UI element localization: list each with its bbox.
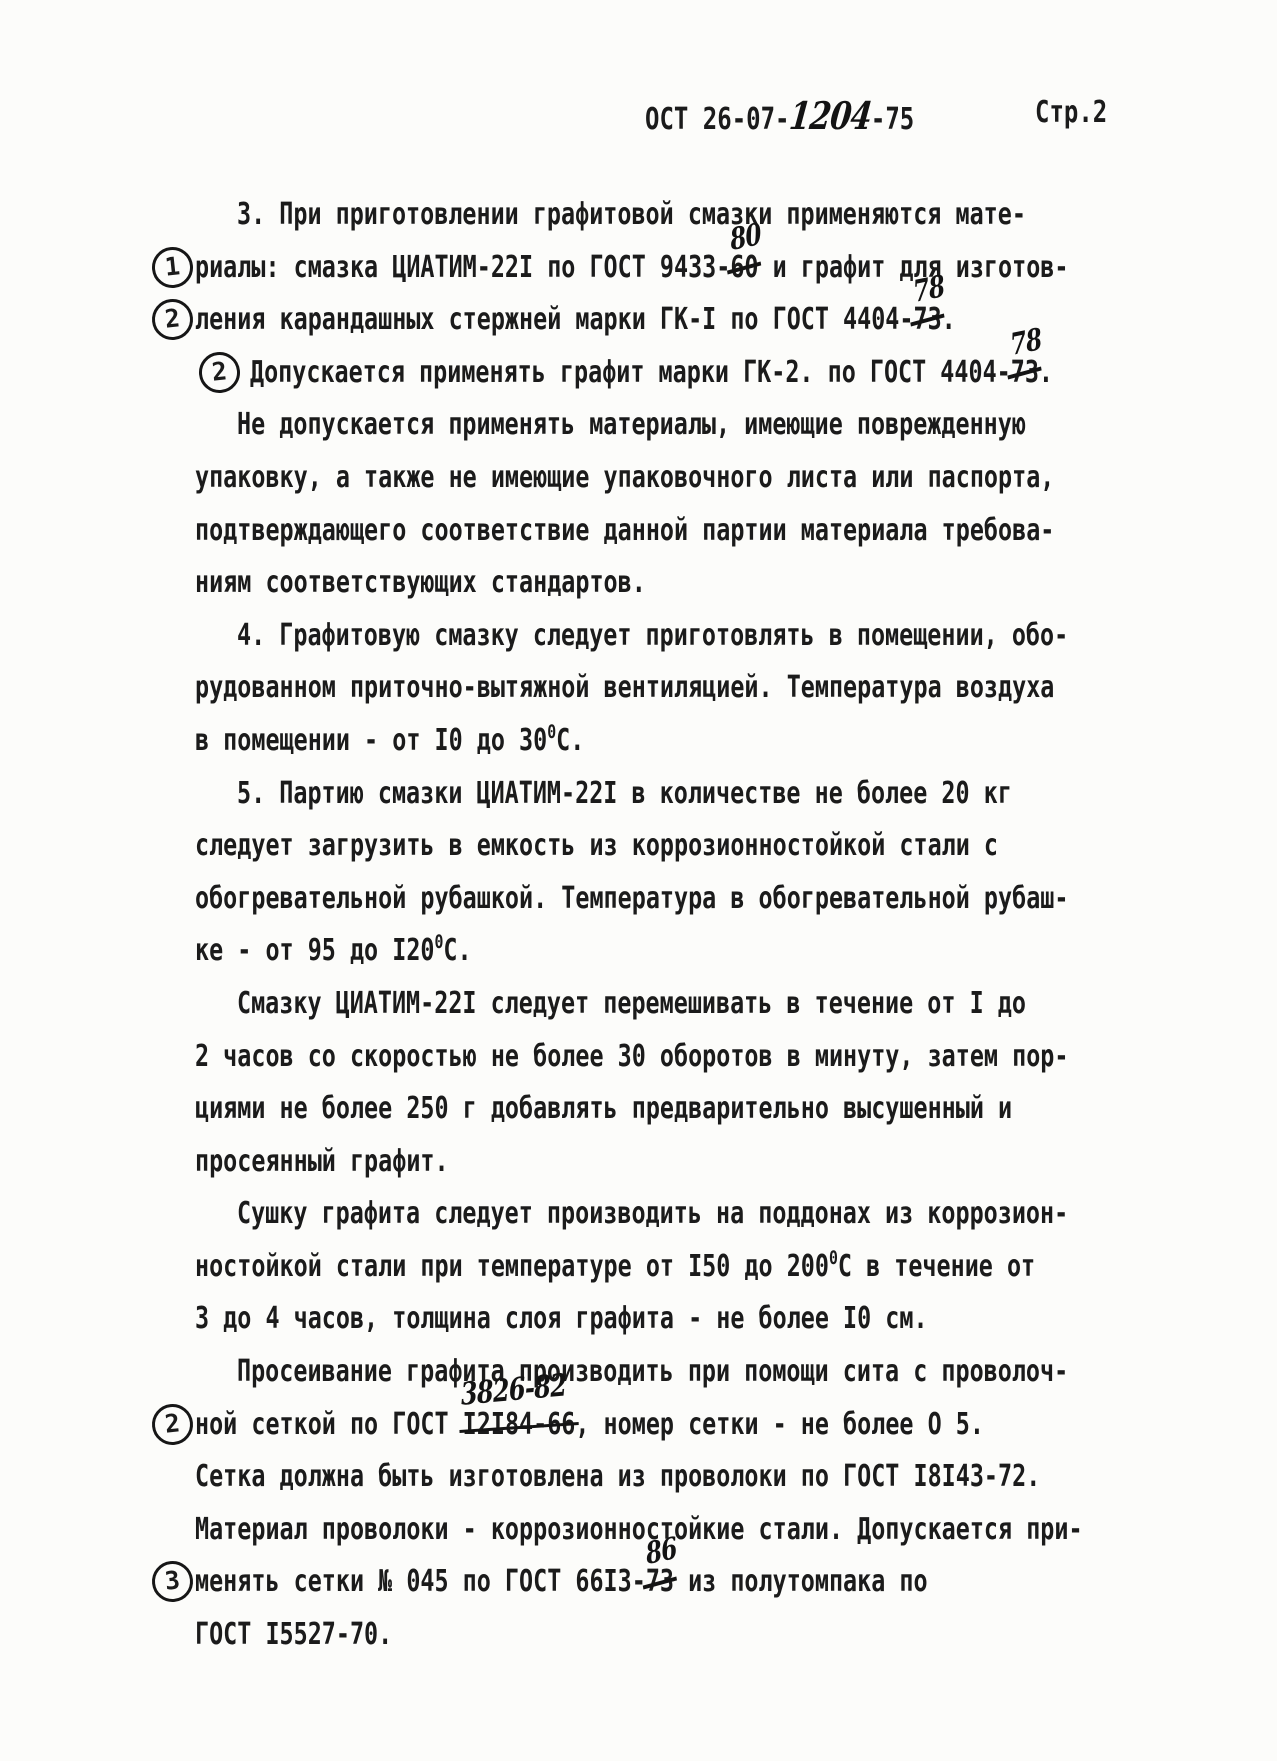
text-run: Смазку ЦИАТИМ-22I следует перемешивать в… xyxy=(237,986,1026,1021)
text-run: Сушку графита следует производить на под… xyxy=(237,1196,1068,1231)
doc-line: ке - от 95 до I200С. xyxy=(195,925,1095,978)
line-text: 2 часов со скоростью не более 30 оборото… xyxy=(195,1031,1068,1084)
text-run: С. xyxy=(556,723,584,758)
doc-line: просеянный графит. xyxy=(195,1136,1095,1189)
doc-line: подтверждающего соответствие данной парт… xyxy=(195,505,1095,558)
standard-designation: ОСТ 26-07-1204-75 xyxy=(645,93,914,138)
line-text: ниям соответствующих стандартов. xyxy=(195,557,646,610)
doc-line: обогревательной рубашкой. Температура в … xyxy=(195,873,1095,926)
margin-marker-circled-2: 2 xyxy=(150,297,195,342)
text-run: ления карандашных стержней марки ГК-I по… xyxy=(195,302,913,337)
superscript: 0 xyxy=(547,721,556,743)
line-text: подтверждающего соответствие данной парт… xyxy=(195,505,1054,558)
doc-line: 3 до 4 часов, толщина слоя графита - не … xyxy=(195,1293,1095,1346)
corrected-reference: 7386 xyxy=(646,1556,674,1609)
handwritten-annotation: 80 xyxy=(727,209,764,267)
line-text: ностойкой стали при температуре от I50 д… xyxy=(195,1241,1035,1297)
doc-line: ГОСТ I5527-70. xyxy=(195,1609,1095,1662)
line-text: Сушку графита следует производить на под… xyxy=(237,1188,1068,1241)
text-run: Сетка должна быть изготовлена из проволо… xyxy=(195,1459,1040,1494)
line-text: Материал проволоки - коррозионностойкие … xyxy=(195,1504,1083,1557)
text-run: ностойкой стали при температуре от I50 д… xyxy=(195,1249,829,1284)
text-run: Допускается применять графит марки ГК-2.… xyxy=(250,355,1011,390)
text-run: С в течение от xyxy=(838,1249,1035,1284)
text-run: С. xyxy=(443,933,471,968)
text-run: риалы: смазка ЦИАТИМ-22I по ГОСТ 9433- xyxy=(195,250,730,285)
line-text: ления карандашных стержней марки ГК-I по… xyxy=(195,294,956,347)
standard-prefix: ОСТ 26-07- xyxy=(645,102,790,137)
corrected-reference: 7378 xyxy=(913,294,941,347)
text-run: из полутомпака по xyxy=(674,1564,928,1599)
text-run: Материал проволоки - коррозионностойкие … xyxy=(195,1512,1083,1547)
text-run: ной сеткой по ГОСТ xyxy=(195,1407,463,1442)
text-run: циями не более 250 г добавлять предварит… xyxy=(195,1091,1012,1126)
text-run: менять сетки № 045 по ГОСТ 66I3- xyxy=(195,1564,646,1599)
doc-line: рудованном приточно-вытяжной вентиляцией… xyxy=(195,662,1095,715)
handwritten-annotation: 3826-82 xyxy=(460,1359,568,1421)
doc-line: Просеивание графита производить при помо… xyxy=(195,1346,1095,1399)
line-text: следует загрузить в емкость из коррозион… xyxy=(195,820,998,873)
text-run: Не допускается применять материалы, имею… xyxy=(237,407,1026,442)
scanned-document-page: ОСТ 26-07-1204-75 Стр.2 3. При приготовл… xyxy=(0,0,1277,1761)
doc-line: 2ления карандашных стержней марки ГК-I п… xyxy=(195,294,1095,347)
doc-line: Сетка должна быть изготовлена из проволо… xyxy=(195,1451,1095,1504)
line-text: 3. При приготовлении графитовой смазки п… xyxy=(237,189,1026,242)
text-run: подтверждающего соответствие данной парт… xyxy=(195,513,1054,548)
text-run: , номер сетки - не более О 5. xyxy=(575,1407,984,1442)
line-text: рудованном приточно-вытяжной вентиляцией… xyxy=(195,662,1054,715)
line-text: ГОСТ I5527-70. xyxy=(195,1609,392,1662)
doc-line: следует загрузить в емкость из коррозион… xyxy=(195,820,1095,873)
margin-marker-circled-2: 2 xyxy=(150,1402,195,1447)
page-number-label: Стр.2 xyxy=(1035,95,1107,130)
line-text: Смазку ЦИАТИМ-22I следует перемешивать в… xyxy=(237,978,1026,1031)
doc-line: 2ной сеткой по ГОСТ I2I84-663826-82, ном… xyxy=(195,1399,1095,1452)
text-run: упаковку, а также не имеющие упаковочног… xyxy=(195,460,1054,495)
doc-line: в помещении - от I0 до 300С. xyxy=(195,715,1095,768)
text-run: 5. Партию смазки ЦИАТИМ-22I в количестве… xyxy=(237,776,1012,811)
text-run: следует загрузить в емкость из коррозион… xyxy=(195,828,998,863)
handwritten-annotation: 86 xyxy=(643,1524,680,1582)
page-header: ОСТ 26-07-1204-75 Стр.2 xyxy=(0,0,1277,160)
handwritten-standard-number: 1204 xyxy=(787,93,873,138)
line-text: в помещении - от I0 до 300С. xyxy=(195,715,584,771)
line-text: просеянный графит. xyxy=(195,1136,449,1189)
doc-line: ностойкой стали при температуре от I50 д… xyxy=(195,1241,1095,1294)
doc-line: Смазку ЦИАТИМ-22I следует перемешивать в… xyxy=(195,978,1095,1031)
doc-line: Сушку графита следует производить на под… xyxy=(195,1188,1095,1241)
text-run: 4. Графитовую смазку следует приготовлят… xyxy=(237,618,1068,653)
doc-line: 2 часов со скоростью не более 30 оборото… xyxy=(195,1031,1095,1084)
text-run: в помещении - от I0 до 30 xyxy=(195,723,547,758)
corrected-reference: 7378 xyxy=(1011,347,1039,400)
text-run: ГОСТ I5527-70. xyxy=(195,1617,392,1652)
line-text: менять сетки № 045 по ГОСТ 66I3-7386 из … xyxy=(195,1556,928,1609)
line-text: Сетка должна быть изготовлена из проволо… xyxy=(195,1451,1040,1504)
doc-line: ниям соответствующих стандартов. xyxy=(195,557,1095,610)
margin-marker-circled-3: 3 xyxy=(150,1559,195,1604)
doc-line: Не допускается применять материалы, имею… xyxy=(195,399,1095,452)
doc-line: 3менять сетки № 045 по ГОСТ 66I3-7386 из… xyxy=(195,1556,1095,1609)
standard-suffix: -75 xyxy=(871,102,914,137)
doc-line: упаковку, а также не имеющие упаковочног… xyxy=(195,452,1095,505)
doc-line: 1риалы: смазка ЦИАТИМ-22I по ГОСТ 9433-6… xyxy=(195,242,1095,295)
line-text: Не допускается применять материалы, имею… xyxy=(237,399,1026,452)
line-text: ной сеткой по ГОСТ I2I84-663826-82, номе… xyxy=(195,1399,984,1452)
text-run: ниям соответствующих стандартов. xyxy=(195,565,646,600)
text-run: 2 часов со скоростью не более 30 оборото… xyxy=(195,1039,1068,1074)
line-text: Допускается применять графит марки ГК-2.… xyxy=(250,347,1053,400)
text-run: рудованном приточно-вытяжной вентиляцией… xyxy=(195,670,1054,705)
doc-line: 5. Партию смазки ЦИАТИМ-22I в количестве… xyxy=(195,768,1095,821)
handwritten-annotation: 78 xyxy=(910,261,947,319)
superscript: 0 xyxy=(434,931,443,953)
text-run: ке - от 95 до I20 xyxy=(195,933,434,968)
text-run: 3 до 4 часов, толщина слоя графита - не … xyxy=(195,1301,928,1336)
text-run: 3. При приготовлении графитовой смазки п… xyxy=(237,197,1026,232)
line-text: 4. Графитовую смазку следует приготовлят… xyxy=(237,610,1068,663)
text-run: просеянный графит. xyxy=(195,1144,449,1179)
doc-line: 3. При приготовлении графитовой смазки п… xyxy=(195,189,1095,242)
margin-marker-circled-2: 2 xyxy=(197,350,242,395)
line-text: циями не более 250 г добавлять предварит… xyxy=(195,1083,1012,1136)
line-text: 5. Партию смазки ЦИАТИМ-22I в количестве… xyxy=(237,768,1012,821)
margin-marker-circled-1: 1 xyxy=(150,245,195,290)
text-run: Просеивание графита производить при помо… xyxy=(237,1354,1068,1389)
line-text: Просеивание графита производить при помо… xyxy=(237,1346,1068,1399)
corrected-reference: 6080 xyxy=(730,242,758,295)
line-text: упаковку, а также не имеющие упаковочног… xyxy=(195,452,1054,505)
doc-line: 2Допускается применять графит марки ГК-2… xyxy=(195,347,1095,400)
line-text: ке - от 95 до I200С. xyxy=(195,925,472,981)
line-text: обогревательной рубашкой. Температура в … xyxy=(195,873,1068,926)
doc-line: 4. Графитовую смазку следует приготовлят… xyxy=(195,610,1095,663)
doc-line: циями не более 250 г добавлять предварит… xyxy=(195,1083,1095,1136)
text-run: обогревательной рубашкой. Температура в … xyxy=(195,881,1068,916)
superscript: 0 xyxy=(829,1247,838,1269)
document-body: 3. При приготовлении графитовой смазки п… xyxy=(195,189,1095,1662)
corrected-reference: I2I84-663826-82 xyxy=(463,1399,576,1452)
handwritten-annotation: 78 xyxy=(1008,314,1045,372)
line-text: 3 до 4 часов, толщина слоя графита - не … xyxy=(195,1293,928,1346)
